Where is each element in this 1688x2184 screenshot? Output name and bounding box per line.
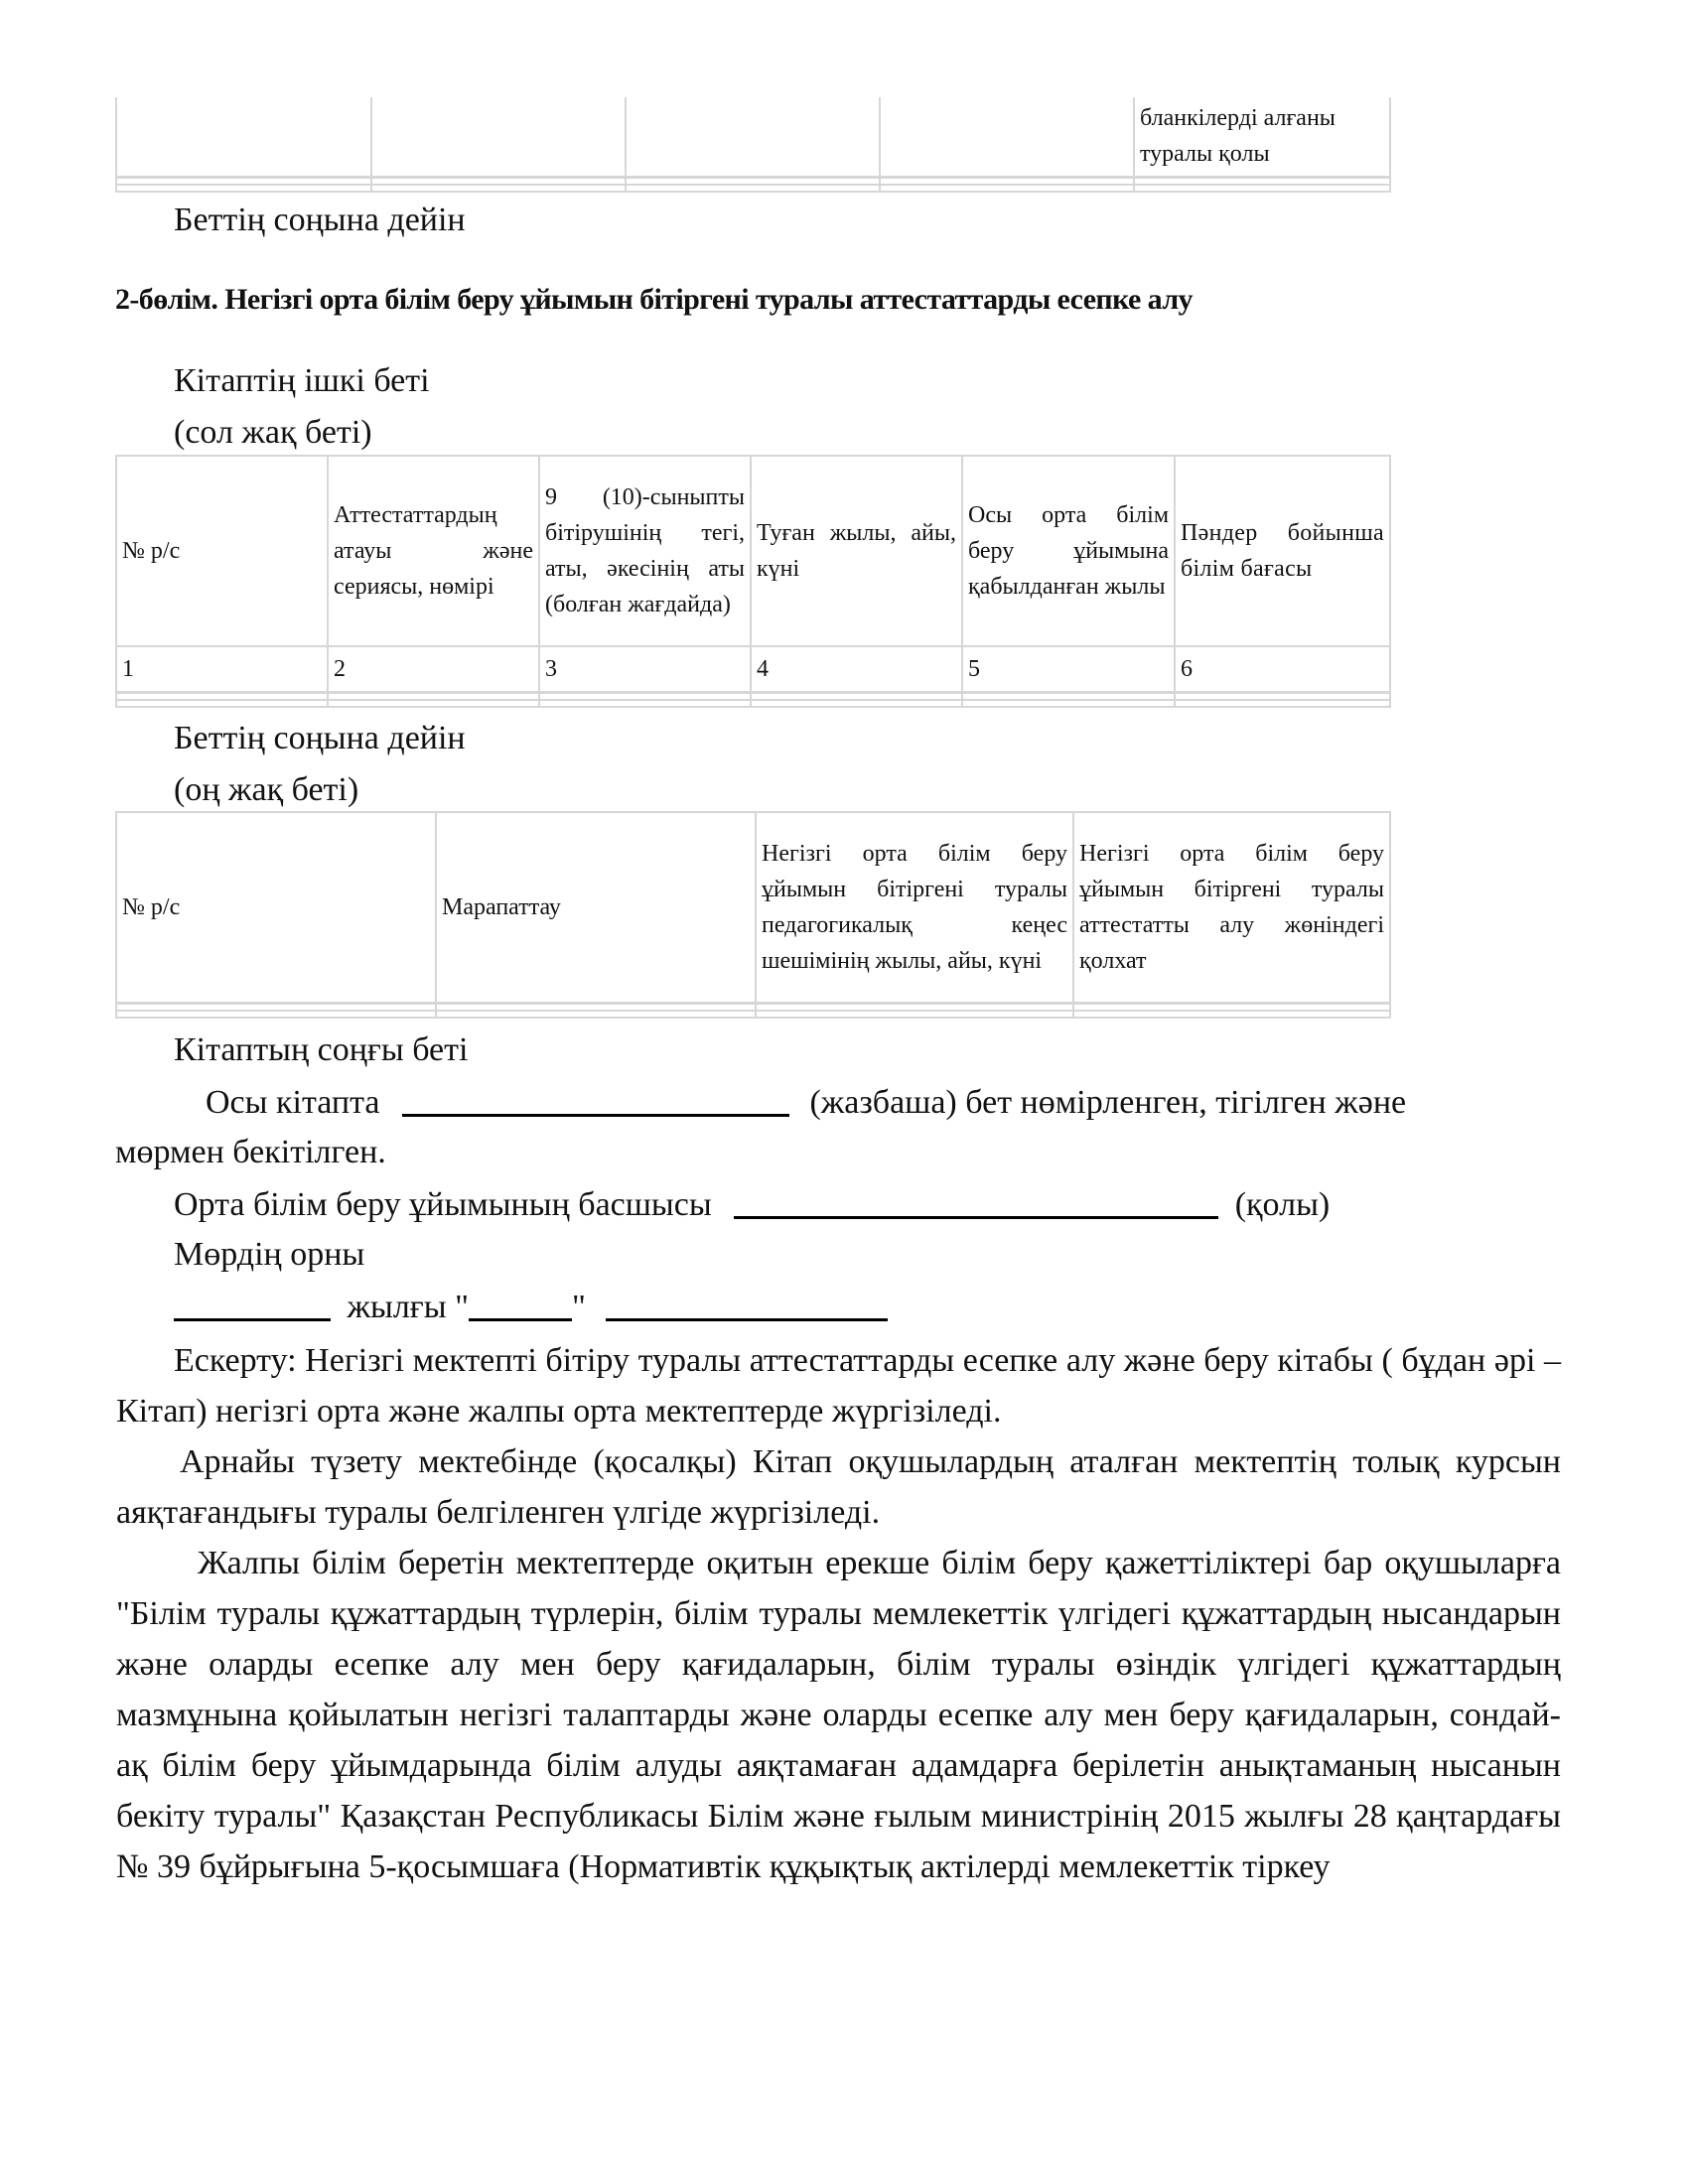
quote-close: " bbox=[572, 1289, 586, 1325]
certification-text-1: Осы кітапта bbox=[206, 1084, 379, 1121]
note-text: Ескерту: Негізгі мектепті бітіру туралы … bbox=[116, 1342, 1561, 1430]
note-paragraph-3: Жалпы білім беретін мектептерде оқитын е… bbox=[116, 1538, 1561, 1892]
header-cell-grades: Пәндер бойынша білім бағасы bbox=[1175, 456, 1390, 646]
year-word: жылғы bbox=[348, 1289, 447, 1325]
table-cell bbox=[880, 97, 1134, 177]
top-table-fragment: бланкілерді алғаны туралы қолы bbox=[115, 97, 1391, 193]
header-cell-receipt: Негізгі орта білім беру ұйымын бітіргені… bbox=[1073, 812, 1390, 1003]
right-page-table: № р/с Марапаттау Негізгі орта білім беру… bbox=[115, 811, 1391, 1019]
header-cell-admission-year: Осы орта білім беру ұйымына қабылданған … bbox=[962, 456, 1175, 646]
number-cell: 6 bbox=[1175, 646, 1390, 692]
note-paragraph-2: Арнайы түзету мектебінде (қосалқы) Кітап… bbox=[116, 1436, 1561, 1538]
section-title: 2-бөлім. Негізгі орта білім беру ұйымын … bbox=[115, 283, 1193, 317]
number-cell: 4 bbox=[751, 646, 962, 692]
inner-page-label: Кітаптің ішкі беті bbox=[174, 363, 430, 399]
left-page-table: № р/с Аттестаттардың атауы және сериясы,… bbox=[115, 455, 1391, 708]
until-page-end-label: Беттің соңына дейін bbox=[174, 721, 466, 756]
header-cell-number: № р/с bbox=[116, 456, 328, 646]
header-cell-birth-date: Туған жылы, айы, күні bbox=[751, 456, 962, 646]
seal-place-label: Мөрдің орны bbox=[174, 1237, 364, 1273]
note-text: Жалпы білім беретін мектептерде оқитын е… bbox=[116, 1545, 1561, 1885]
number-cell: 2 bbox=[328, 646, 539, 692]
until-page-end-label: Беттің соңына дейін bbox=[174, 203, 466, 238]
left-side-label: (сол жақ беті) bbox=[174, 415, 372, 451]
header-cell-certificate: Аттестаттардың атауы және сериясы, нөмір… bbox=[328, 456, 539, 646]
page-count-blank bbox=[402, 1084, 789, 1117]
note-paragraph-1: Ескерту: Негізгі мектепті бітіру туралы … bbox=[116, 1335, 1561, 1436]
day-blank bbox=[469, 1289, 572, 1321]
header-cell-council-decision-date: Негізгі орта білім беру ұйымын бітіргені… bbox=[756, 812, 1073, 1003]
head-signature-suffix: (қолы) bbox=[1235, 1186, 1331, 1223]
right-side-label: (оң жақ беті) bbox=[174, 772, 358, 808]
table-number-row: 1 2 3 4 5 6 bbox=[116, 646, 1390, 692]
table-cell bbox=[116, 97, 371, 177]
note-text: Арнайы түзету мектебінде (қосалқы) Кітап… bbox=[116, 1443, 1561, 1531]
date-line: жылғы "" bbox=[174, 1289, 888, 1325]
head-signature-line: Орта білім беру ұйымының басшысы (қолы) bbox=[174, 1186, 1330, 1223]
number-cell: 5 bbox=[962, 646, 1175, 692]
header-cell-number: № р/с bbox=[116, 812, 436, 1003]
certification-line: Осы кітапта (жазбаша) бет нөмірленген, т… bbox=[206, 1084, 1561, 1121]
header-cell-award: Марапаттау bbox=[436, 812, 756, 1003]
last-page-label: Кітаптың соңғы беті bbox=[174, 1032, 468, 1068]
head-signature-label: Орта білім беру ұйымының басшысы bbox=[174, 1186, 712, 1223]
certification-text-3: мөрмен бекітілген. bbox=[115, 1135, 386, 1170]
table-cell bbox=[371, 97, 626, 177]
quote-open: " bbox=[455, 1289, 469, 1325]
header-cell-graduate-name: 9 (10)-сыныпты бітірушінің тегі, аты, әк… bbox=[539, 456, 751, 646]
month-blank bbox=[606, 1289, 888, 1321]
year-blank bbox=[174, 1289, 331, 1321]
number-cell: 1 bbox=[116, 646, 328, 692]
number-cell: 3 bbox=[539, 646, 751, 692]
signature-blank bbox=[734, 1186, 1218, 1219]
table-cell bbox=[626, 97, 880, 177]
table-cell-signature: бланкілерді алғаны туралы қолы bbox=[1134, 97, 1390, 177]
table-header-row: № р/с Аттестаттардың атауы және сериясы,… bbox=[116, 456, 1390, 646]
table-header-row: № р/с Марапаттау Негізгі орта білім беру… bbox=[116, 812, 1390, 1003]
certification-text-2: (жазбаша) бет нөмірленген, тігілген және bbox=[809, 1084, 1406, 1121]
